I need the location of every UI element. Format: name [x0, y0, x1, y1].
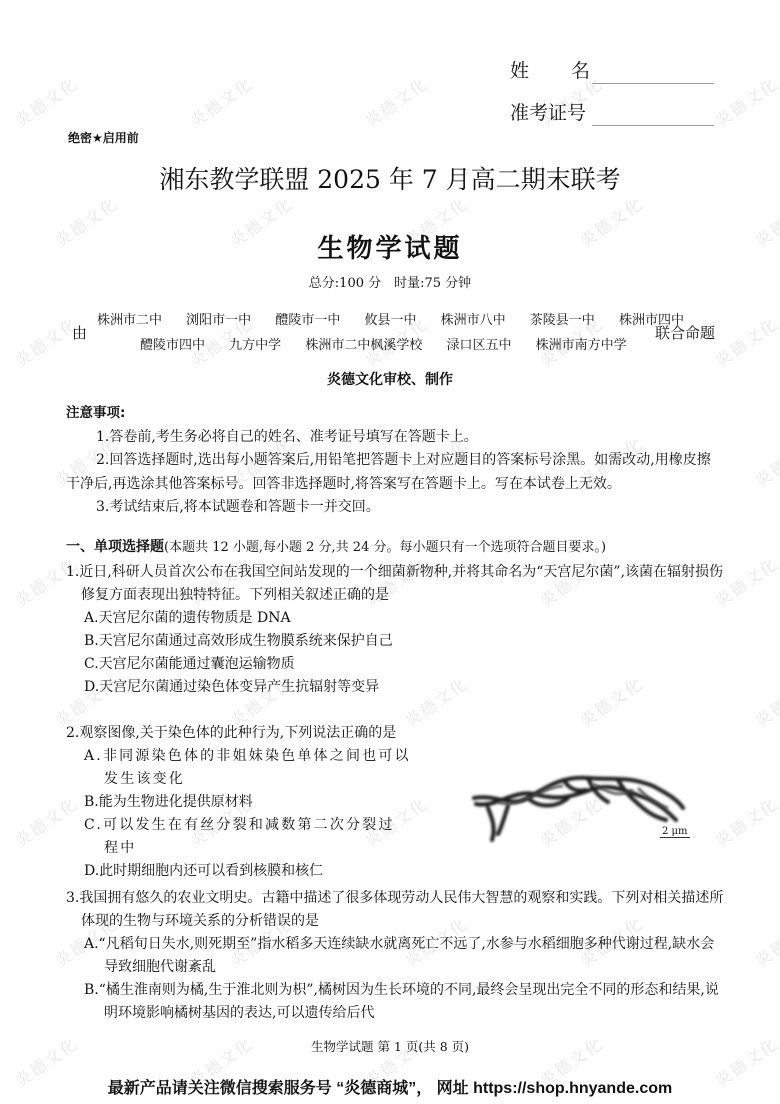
exam-id-field-row: 准考证号: [510, 92, 714, 134]
school: 攸县一中: [364, 313, 416, 328]
school: 株洲市二中: [97, 313, 162, 328]
school: 渌口区五中: [446, 338, 511, 353]
question-stem: 1.近日,科研人员首次公布在我国空间站发现的一个细菌新物种,并将其命名为“天宫尼…: [66, 561, 726, 607]
name-input-line[interactable]: [592, 63, 714, 84]
question-stem: 3.我国拥有悠久的农业文明史。古籍中描述了很多体现劳动人民伟大智慧的观察和实践。…: [66, 887, 726, 933]
option-c-line2: 程中: [84, 837, 456, 860]
notes-heading: 注意事项:: [66, 402, 716, 426]
note-item: 2.回答选择题时,选出每小题答案后,用铅笔把答题卡上对应题目的答案标号涂黑。如需…: [66, 449, 716, 496]
watermark-text: 炎德文化: [710, 791, 780, 851]
option-a: A.天宫尼尔菌的遗传物质是 DNA: [66, 607, 726, 630]
school: 九方中学: [229, 338, 281, 353]
question-2: 2.观察图像,关于染色体的此种行为,下列说法正确的是 A.非同源染色体的非姐妹染…: [66, 722, 456, 883]
option-c-line1: C.可以发生在有丝分裂和减数第二次分裂过: [84, 817, 395, 833]
option-a-line2: 发生该变化: [84, 768, 456, 791]
promo-banner: 最新产品请关注微信搜索服务号 “炎德商城”， 网址 https://shop.h…: [0, 1075, 780, 1098]
exam-id-input-line[interactable]: [592, 105, 714, 126]
option-a: A.非同源染色体的非姐妹染色单体之间也可以 发生该变化: [66, 745, 456, 791]
school: 醴陵市四中: [140, 338, 205, 353]
note-item: 1.答卷前,考生务必将自己的姓名、准考证号填写在答题卡上。: [66, 426, 716, 450]
school: 株洲市二中枫溪学校: [305, 338, 422, 353]
confidential-mark: 绝密★启用前: [68, 129, 139, 146]
watermark-text: 炎德文化: [750, 671, 780, 731]
watermark-text: 炎德文化: [710, 71, 780, 131]
score-time-line: 总分:100 分 时量:75 分钟: [0, 272, 780, 291]
option-b: B.“橘生淮南则为橘,生于淮北则为枳”,橘树因为生长环境的不同,最终会呈现出完全…: [66, 979, 726, 1025]
school: 浏阳市一中: [186, 313, 251, 328]
school: 株洲市南方中学: [536, 338, 627, 353]
note-item: 3.考试结束后,将本试题卷和答题卡一并交回。: [66, 496, 716, 520]
watermark-text: 炎德文化: [750, 431, 780, 491]
option-b-line1: B.能为生物进化提供原材料: [84, 794, 253, 810]
subject-title: 生物学试题: [0, 228, 780, 265]
name-label-char-2: 名: [571, 50, 590, 92]
exam-id-label: 准考证号: [510, 92, 592, 134]
question-stem: 2.观察图像,关于染色体的此种行为,下列说法正确的是: [66, 722, 456, 745]
watermark-text: 炎德文化: [10, 71, 82, 131]
scale-bar: 2 μm: [660, 826, 690, 838]
watermark-text: 炎德文化: [185, 71, 257, 131]
option-d-line1: D.此时期细胞内还可以看到核膜和核仁: [84, 863, 323, 879]
schools-row-2: 醴陵市四中 九方中学 株洲市二中枫溪学校 渌口区五中 株洲市南方中学: [140, 334, 639, 353]
page-footer: 生物学试题 第 1 页(共 8 页): [0, 1037, 780, 1055]
option-c: C.可以发生在有丝分裂和减数第二次分裂过 程中: [66, 814, 456, 860]
exam-title: 湘东教学联盟 2025 年 7 月高二期末联考: [0, 160, 780, 196]
question-3: 3.我国拥有悠久的农业文明史。古籍中描述了很多体现劳动人民伟大智慧的观察和实践。…: [66, 887, 726, 1025]
exam-notes: 注意事项: 1.答卷前,考生务必将自己的姓名、准考证号填写在答题卡上。 2.回答…: [66, 402, 716, 520]
school: 茶陵县一中: [530, 313, 595, 328]
watermark-text: 炎德文化: [710, 311, 780, 371]
candidate-fields: 姓 名 准考证号: [510, 50, 714, 134]
option-d: D.天宫尼尔菌通过染色体变异产生抗辐射等变异: [66, 676, 726, 699]
school: 株洲市八中: [441, 313, 506, 328]
watermark-text: 炎德文化: [750, 911, 780, 971]
school: 醴陵市一中: [275, 313, 340, 328]
name-label-char-1: 姓: [510, 50, 529, 92]
maker-line: 炎德文化审校、制作: [0, 369, 780, 389]
option-d: D.此时期细胞内还可以看到核膜和核仁: [66, 860, 456, 883]
proposers-suffix: 联合命题: [655, 322, 715, 343]
section-title: 一、单项选择题: [66, 539, 164, 555]
name-field-row: 姓 名: [510, 50, 714, 92]
option-a: A.“凡稻旬日失水,则死期至”指水稻多天连续缺水就离死亡不远了,水参与水稻细胞多…: [66, 933, 726, 979]
option-c: C.天宫尼尔菌能通过囊泡运输物质: [66, 653, 726, 676]
proposers-prefix: 由: [72, 322, 87, 343]
option-b: B.天宫尼尔菌通过高效形成生物膜系统来保护自己: [66, 630, 726, 653]
question-1: 1.近日,科研人员首次公布在我国空间站发现的一个细菌新物种,并将其命名为“天宫尼…: [66, 561, 726, 699]
exam-page: 炎德文化炎德文化炎德文化炎德文化炎德文化炎德文化炎德文化炎德文化炎德文化炎德文化…: [0, 0, 780, 1104]
option-b: B.能为生物进化提供原材料: [66, 791, 456, 814]
watermark-text: 炎德文化: [360, 71, 432, 131]
schools-row-1: 株洲市二中 浏阳市一中 醴陵市一中 攸县一中 株洲市八中 茶陵县一中 株洲市四中: [97, 309, 696, 328]
option-a-line1: A.非同源染色体的非姐妹染色单体之间也可以: [84, 748, 411, 764]
section-desc: (本题共 12 小题,每小题 2 分,共 24 分。每小题只有一个选项符合题目要…: [164, 540, 606, 555]
section-heading: 一、单项选择题(本题共 12 小题,每小题 2 分,共 24 分。每小题只有一个…: [66, 536, 606, 556]
name-label: 姓 名: [510, 50, 590, 92]
